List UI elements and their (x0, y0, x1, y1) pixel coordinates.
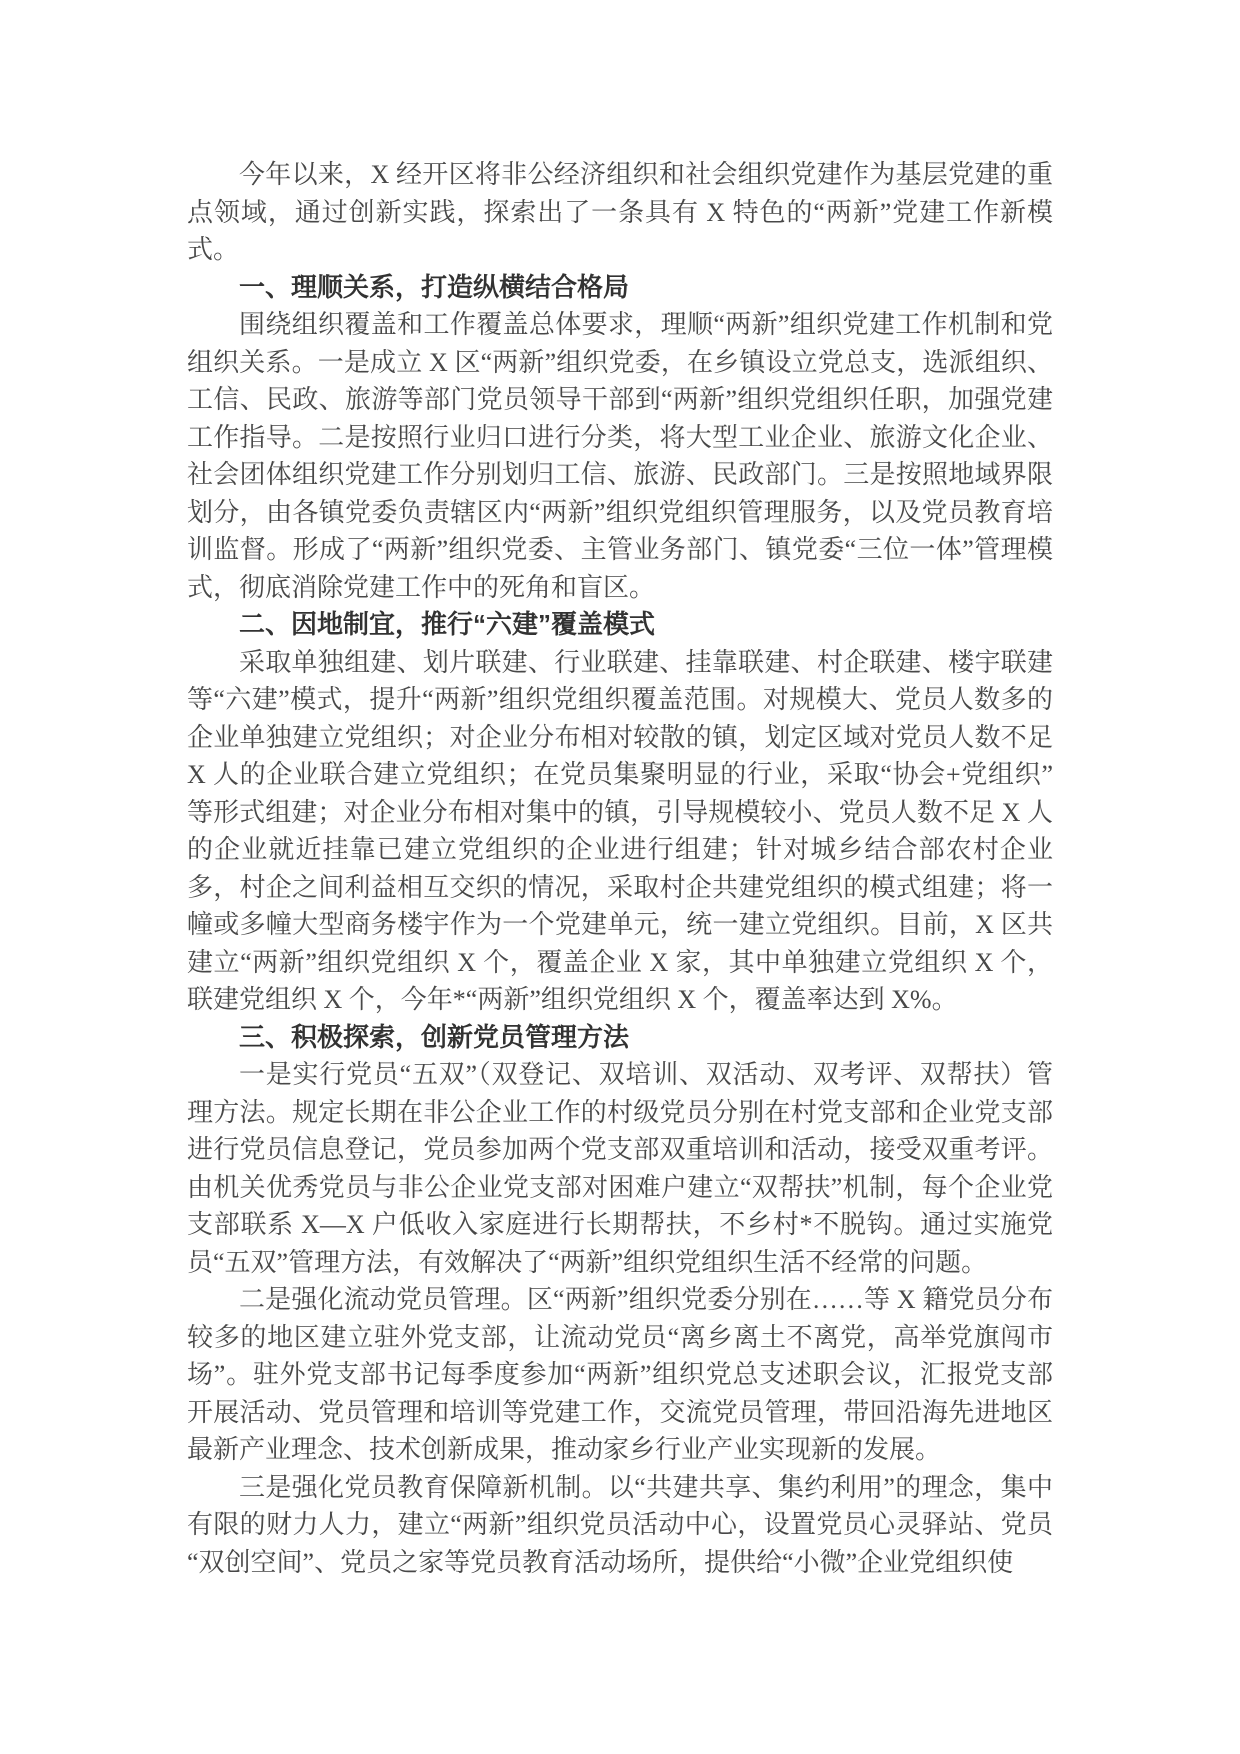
section-3-paragraph-1: 一是实行党员“五双”（双登记、双培训、双活动、双考评、双帮扶）管理方法。规定长期… (187, 1056, 1053, 1281)
section-1-heading: 一、理顺关系，打造纵横结合格局 (187, 269, 1053, 307)
section-3-paragraph-3: 三是强化党员教育保障新机制。以“共建共享、集约利用”的理念，集中有限的财力人力，… (187, 1469, 1053, 1582)
section-3-heading: 三、积极探索，创新党员管理方法 (187, 1019, 1053, 1057)
section-2-paragraph: 采取单独组建、划片联建、行业联建、挂靠联建、村企联建、楼宇联建等“六建”模式，提… (187, 644, 1053, 1019)
intro-paragraph: 今年以来，X 经开区将非公经济组织和社会组织党建作为基层党建的重点领域，通过创新… (187, 156, 1053, 269)
document-content: 今年以来，X 经开区将非公经济组织和社会组织党建作为基层党建的重点领域，通过创新… (187, 156, 1053, 1581)
section-1-paragraph: 围绕组织覆盖和工作覆盖总体要求，理顺“两新”组织党建工作机制和党组织关系。一是成… (187, 306, 1053, 606)
document-page: 今年以来，X 经开区将非公经济组织和社会组织党建作为基层党建的重点领域，通过创新… (0, 0, 1240, 1754)
section-2-heading: 二、因地制宜，推行“六建”覆盖模式 (187, 606, 1053, 644)
section-3-paragraph-2: 二是强化流动党员管理。区“两新”组织党委分别在……等 X 籍党员分布较多的地区建… (187, 1281, 1053, 1469)
